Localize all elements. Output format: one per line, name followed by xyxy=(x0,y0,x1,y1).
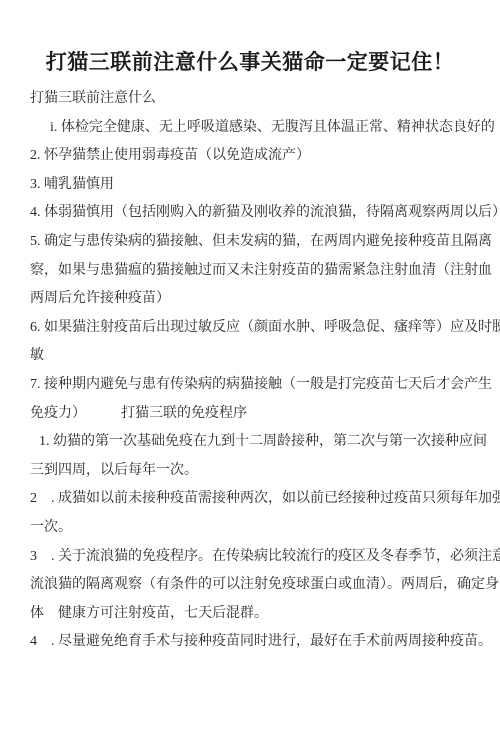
doc-line: 体 健康方可注射疫苗，七天后混群。 xyxy=(30,600,476,629)
doc-line: 1. 幼猫的第一次基础免疫在九到十二周龄接种，第二次与第一次接种应间 隔 xyxy=(30,428,476,457)
doc-line: 流浪猫的隔离观察（有条件的可以注射免疫球蛋白或血清）。两周后，确定身 xyxy=(30,571,476,600)
doc-line: 3. 哺乳猫慎用 xyxy=(30,171,476,200)
doc-line: 3 . 关于流浪猫的免疫程序。在传染病比较流行的疫区及冬春季节，必须注意 xyxy=(30,543,476,572)
doc-line: 2. 怀孕猫禁止使用弱毒疫苗（以免造成流产） xyxy=(30,142,476,171)
doc-line: 6. 如果猫注射疫苗后出现过敏反应（颜面水肿、呼吸急促、瘙痒等）应及时脱 xyxy=(30,314,476,343)
doc-line: 打猫三联前注意什么 xyxy=(30,85,476,114)
doc-line: 一次。 xyxy=(30,514,476,543)
doc-line: 7. 接种期内避免与患有传染病的病猫接触（一般是打完疫苗七天后才会产生 xyxy=(30,371,476,400)
doc-line: 4 . 尽量避免绝育手术与接种疫苗同时进行，最好在手术前两周接种疫苗。 xyxy=(30,628,476,657)
doc-line: 4. 体弱猫慎用（包括刚购入的新猫及刚收养的流浪猫，待隔离观察两周以后） xyxy=(30,199,476,228)
doc-line: 免疫力） 打猫三联的免疫程序 xyxy=(30,400,476,429)
doc-line: 两周后允许接种疫苗） xyxy=(30,285,476,314)
doc-line: 2 . 成猫如以前未接种疫苗需接种两次，如以前已经接种过疫苗只须每年加强 xyxy=(30,485,476,514)
doc-line: 察，如果与患猫瘟的猫接触过而又未注射疫苗的猫需紧急注射血清（注射血 清 xyxy=(30,257,476,286)
doc-line: 敏 xyxy=(30,342,476,371)
doc-line: 三到四周，以后每年一次。 xyxy=(30,457,476,486)
document-page: 打猫三联前注意什么事关猫命一定要记住！ 打猫三联前注意什么i. 体检完全健康、无… xyxy=(0,0,500,730)
document-title: 打猫三联前注意什么事关猫命一定要记住！ xyxy=(20,48,480,78)
doc-line: i. 体检完全健康、无上呼吸道感染、无腹泻且体温正常、精神状态良好的 猫 xyxy=(30,114,476,143)
document-body: 打猫三联前注意什么i. 体检完全健康、无上呼吸道感染、无腹泻且体温正常、精神状态… xyxy=(0,85,500,657)
doc-line: 5. 确定与患传染病的猫接触、但未发病的猫，在两周内避免接种疫苗且隔离 观 xyxy=(30,228,476,257)
